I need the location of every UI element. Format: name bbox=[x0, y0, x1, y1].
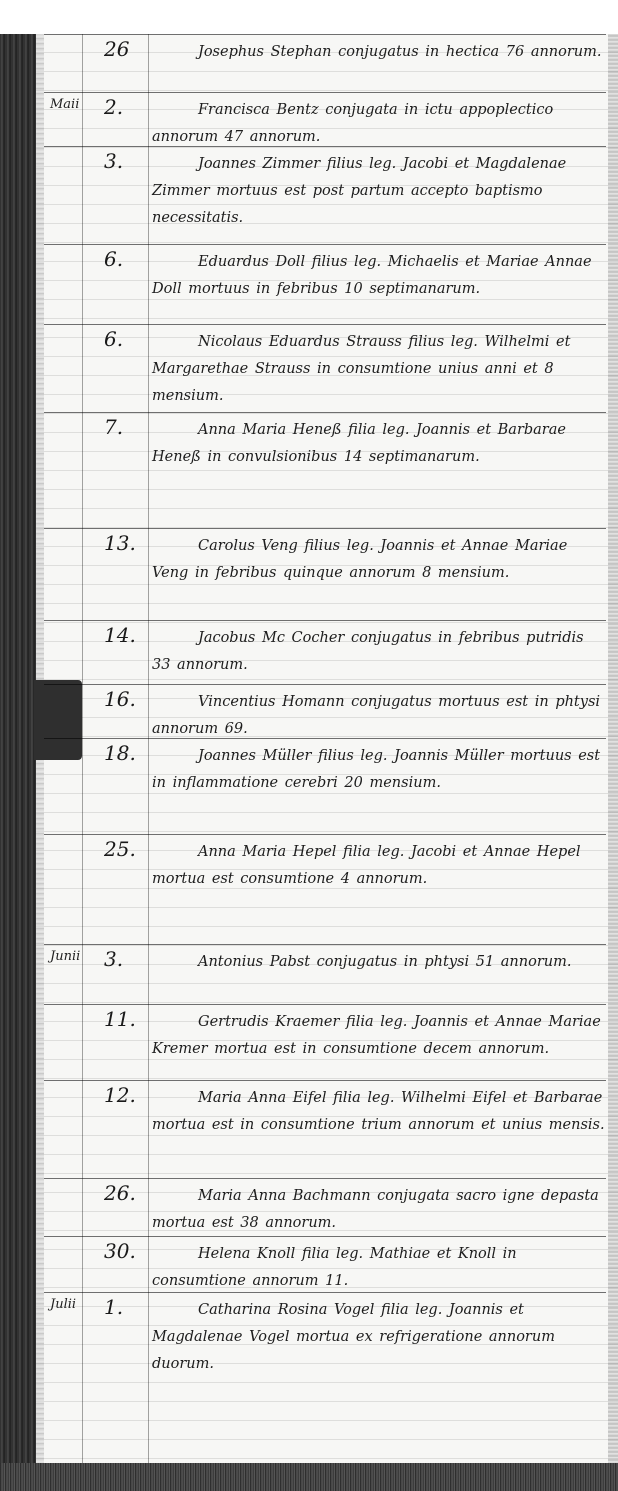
entry-day: 12. bbox=[104, 1083, 144, 1107]
top-margin bbox=[0, 0, 618, 34]
entry-text: Gertrudis Kraemer filia leg. Joannis et … bbox=[152, 1009, 606, 1063]
entry-day: 14. bbox=[104, 623, 144, 647]
entry-day: 1. bbox=[104, 1295, 144, 1319]
register-entry: 13. Carolus Veng filius leg. Joannis et … bbox=[44, 528, 606, 621]
entry-day: 16. bbox=[104, 687, 144, 711]
entry-text: Jacobus Mc Cocher conjugatus in febribus… bbox=[152, 625, 606, 679]
entry-day: 3. bbox=[104, 149, 144, 173]
book-binding bbox=[0, 34, 36, 1491]
entry-day: 30. bbox=[104, 1239, 144, 1263]
register-entry: Junii 3. Antonius Pabst conjugatus in ph… bbox=[44, 944, 606, 1005]
register-entry: 3. Joannes Zimmer filius leg. Jacobi et … bbox=[44, 146, 606, 245]
entry-text: Antonius Pabst conjugatus in phtysi 51 a… bbox=[152, 949, 606, 976]
entry-month: Junii bbox=[50, 949, 90, 964]
entry-month: Maii bbox=[50, 97, 90, 112]
page-right-edge bbox=[608, 34, 618, 1491]
entry-text: Joannes Müller filius leg. Joannis Mülle… bbox=[152, 743, 606, 797]
register-entry: 25. Anna Maria Hepel filia leg. Jacobi e… bbox=[44, 834, 606, 945]
entry-text: Catharina Rosina Vogel filia leg. Joanni… bbox=[152, 1297, 606, 1378]
entry-text: Joannes Zimmer filius leg. Jacobi et Mag… bbox=[152, 151, 606, 232]
entry-text: Vincentius Homann conjugatus mortuus est… bbox=[152, 689, 606, 743]
register-entry: 16. Vincentius Homann conjugatus mortuus… bbox=[44, 684, 606, 739]
entry-day: 3. bbox=[104, 947, 144, 971]
entry-day: 6. bbox=[104, 327, 144, 351]
page-bottom-edge bbox=[0, 1463, 618, 1491]
entry-day: 2. bbox=[104, 95, 144, 119]
register-entry: 26 Josephus Stephan conjugatus in hectic… bbox=[44, 34, 606, 93]
register-entry: 14. Jacobus Mc Cocher conjugatus in febr… bbox=[44, 620, 606, 685]
register-entry: Julii 1. Catharina Rosina Vogel filia le… bbox=[44, 1292, 606, 1383]
entry-text: Carolus Veng filius leg. Joannis et Anna… bbox=[152, 533, 606, 587]
register-entry: 18. Joannes Müller filius leg. Joannis M… bbox=[44, 738, 606, 835]
entry-day: 18. bbox=[104, 741, 144, 765]
register-entry: 30. Helena Knoll filia leg. Mathiae et K… bbox=[44, 1236, 606, 1293]
register-entry: 26. Maria Anna Bachmann conjugata sacro … bbox=[44, 1178, 606, 1237]
entry-text: Anna Maria Hepel filia leg. Jacobi et An… bbox=[152, 839, 606, 893]
entry-text: Francisca Bentz conjugata in ictu appopl… bbox=[152, 97, 606, 151]
binding-edge bbox=[36, 34, 44, 1491]
entry-text: Maria Anna Eifel filia leg. Wilhelmi Eif… bbox=[152, 1085, 606, 1139]
register-entry: 11. Gertrudis Kraemer filia leg. Joannis… bbox=[44, 1004, 606, 1081]
entry-text: Eduardus Doll filius leg. Michaelis et M… bbox=[152, 249, 606, 303]
entry-day: 25. bbox=[104, 837, 144, 861]
entry-text: Anna Maria Heneß filia leg. Joannis et B… bbox=[152, 417, 606, 471]
entry-day: 6. bbox=[104, 247, 144, 271]
entry-text: Helena Knoll filia leg. Mathiae et Knoll… bbox=[152, 1241, 606, 1295]
entry-month: Julii bbox=[50, 1297, 90, 1312]
entry-day: 11. bbox=[104, 1007, 144, 1031]
register-entry: 6. Eduardus Doll filius leg. Michaelis e… bbox=[44, 244, 606, 325]
entry-day: 26 bbox=[104, 37, 144, 61]
entry-day: 26. bbox=[104, 1181, 144, 1205]
register-entry: 6. Nicolaus Eduardus Strauss filius leg.… bbox=[44, 324, 606, 413]
entry-text: Nicolaus Eduardus Strauss filius leg. Wi… bbox=[152, 329, 606, 410]
register-entry: 7. Anna Maria Heneß filia leg. Joannis e… bbox=[44, 412, 606, 529]
entry-day: 13. bbox=[104, 531, 144, 555]
register-entry: 12. Maria Anna Eifel filia leg. Wilhelmi… bbox=[44, 1080, 606, 1179]
entry-day: 7. bbox=[104, 415, 144, 439]
entry-text: Maria Anna Bachmann conjugata sacro igne… bbox=[152, 1183, 606, 1237]
entry-text: Josephus Stephan conjugatus in hectica 7… bbox=[152, 39, 606, 66]
register-entry: Maii 2. Francisca Bentz conjugata in ict… bbox=[44, 92, 606, 147]
